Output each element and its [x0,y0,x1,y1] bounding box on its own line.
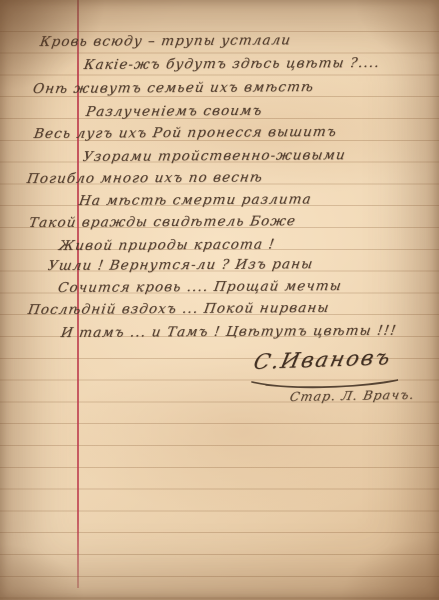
poem-line: Погибло много ихъ по веснѣ [26,169,264,187]
poem-line: Послѣдній вздохъ ... Покой нирваны [27,300,331,318]
manuscript-page: Кровь всюду – трупы устлали Какіе-жъ буд… [0,0,439,600]
poem-line: Такой вражды свидѣтель Боже [28,213,297,231]
poem-line: Сочится кровь .... Прощай мечты [57,278,343,296]
poem-line: Живой природы красота ! [58,236,276,254]
poem-line: Весь лугъ ихъ Рой пронесся вышитъ [33,124,338,142]
poem-line: Кровь всюду – трупы устлали [39,32,293,50]
poem-line: Онѣ живутъ семьей ихъ вмѣстѣ [32,79,315,97]
signature: С.Ивановъ [251,345,394,374]
poem-line: Разлученіемъ своимъ [85,103,264,120]
poem-line: И тамъ ... и Тамъ ! Цвѣтутъ цвѣты !!! [60,323,398,341]
signature-title: Стар. Л. Врачъ. [289,387,417,404]
poem-line: Ушли ! Вернутся-ли ? Изъ раны [47,256,315,274]
poem-line: На мѣстѣ смерти разлита [78,191,313,209]
poem-line: Узорами тройственно-живыми [82,147,347,165]
poem-line: Какіе-жъ будутъ здѣсь цвѣты ?.... [83,55,381,73]
